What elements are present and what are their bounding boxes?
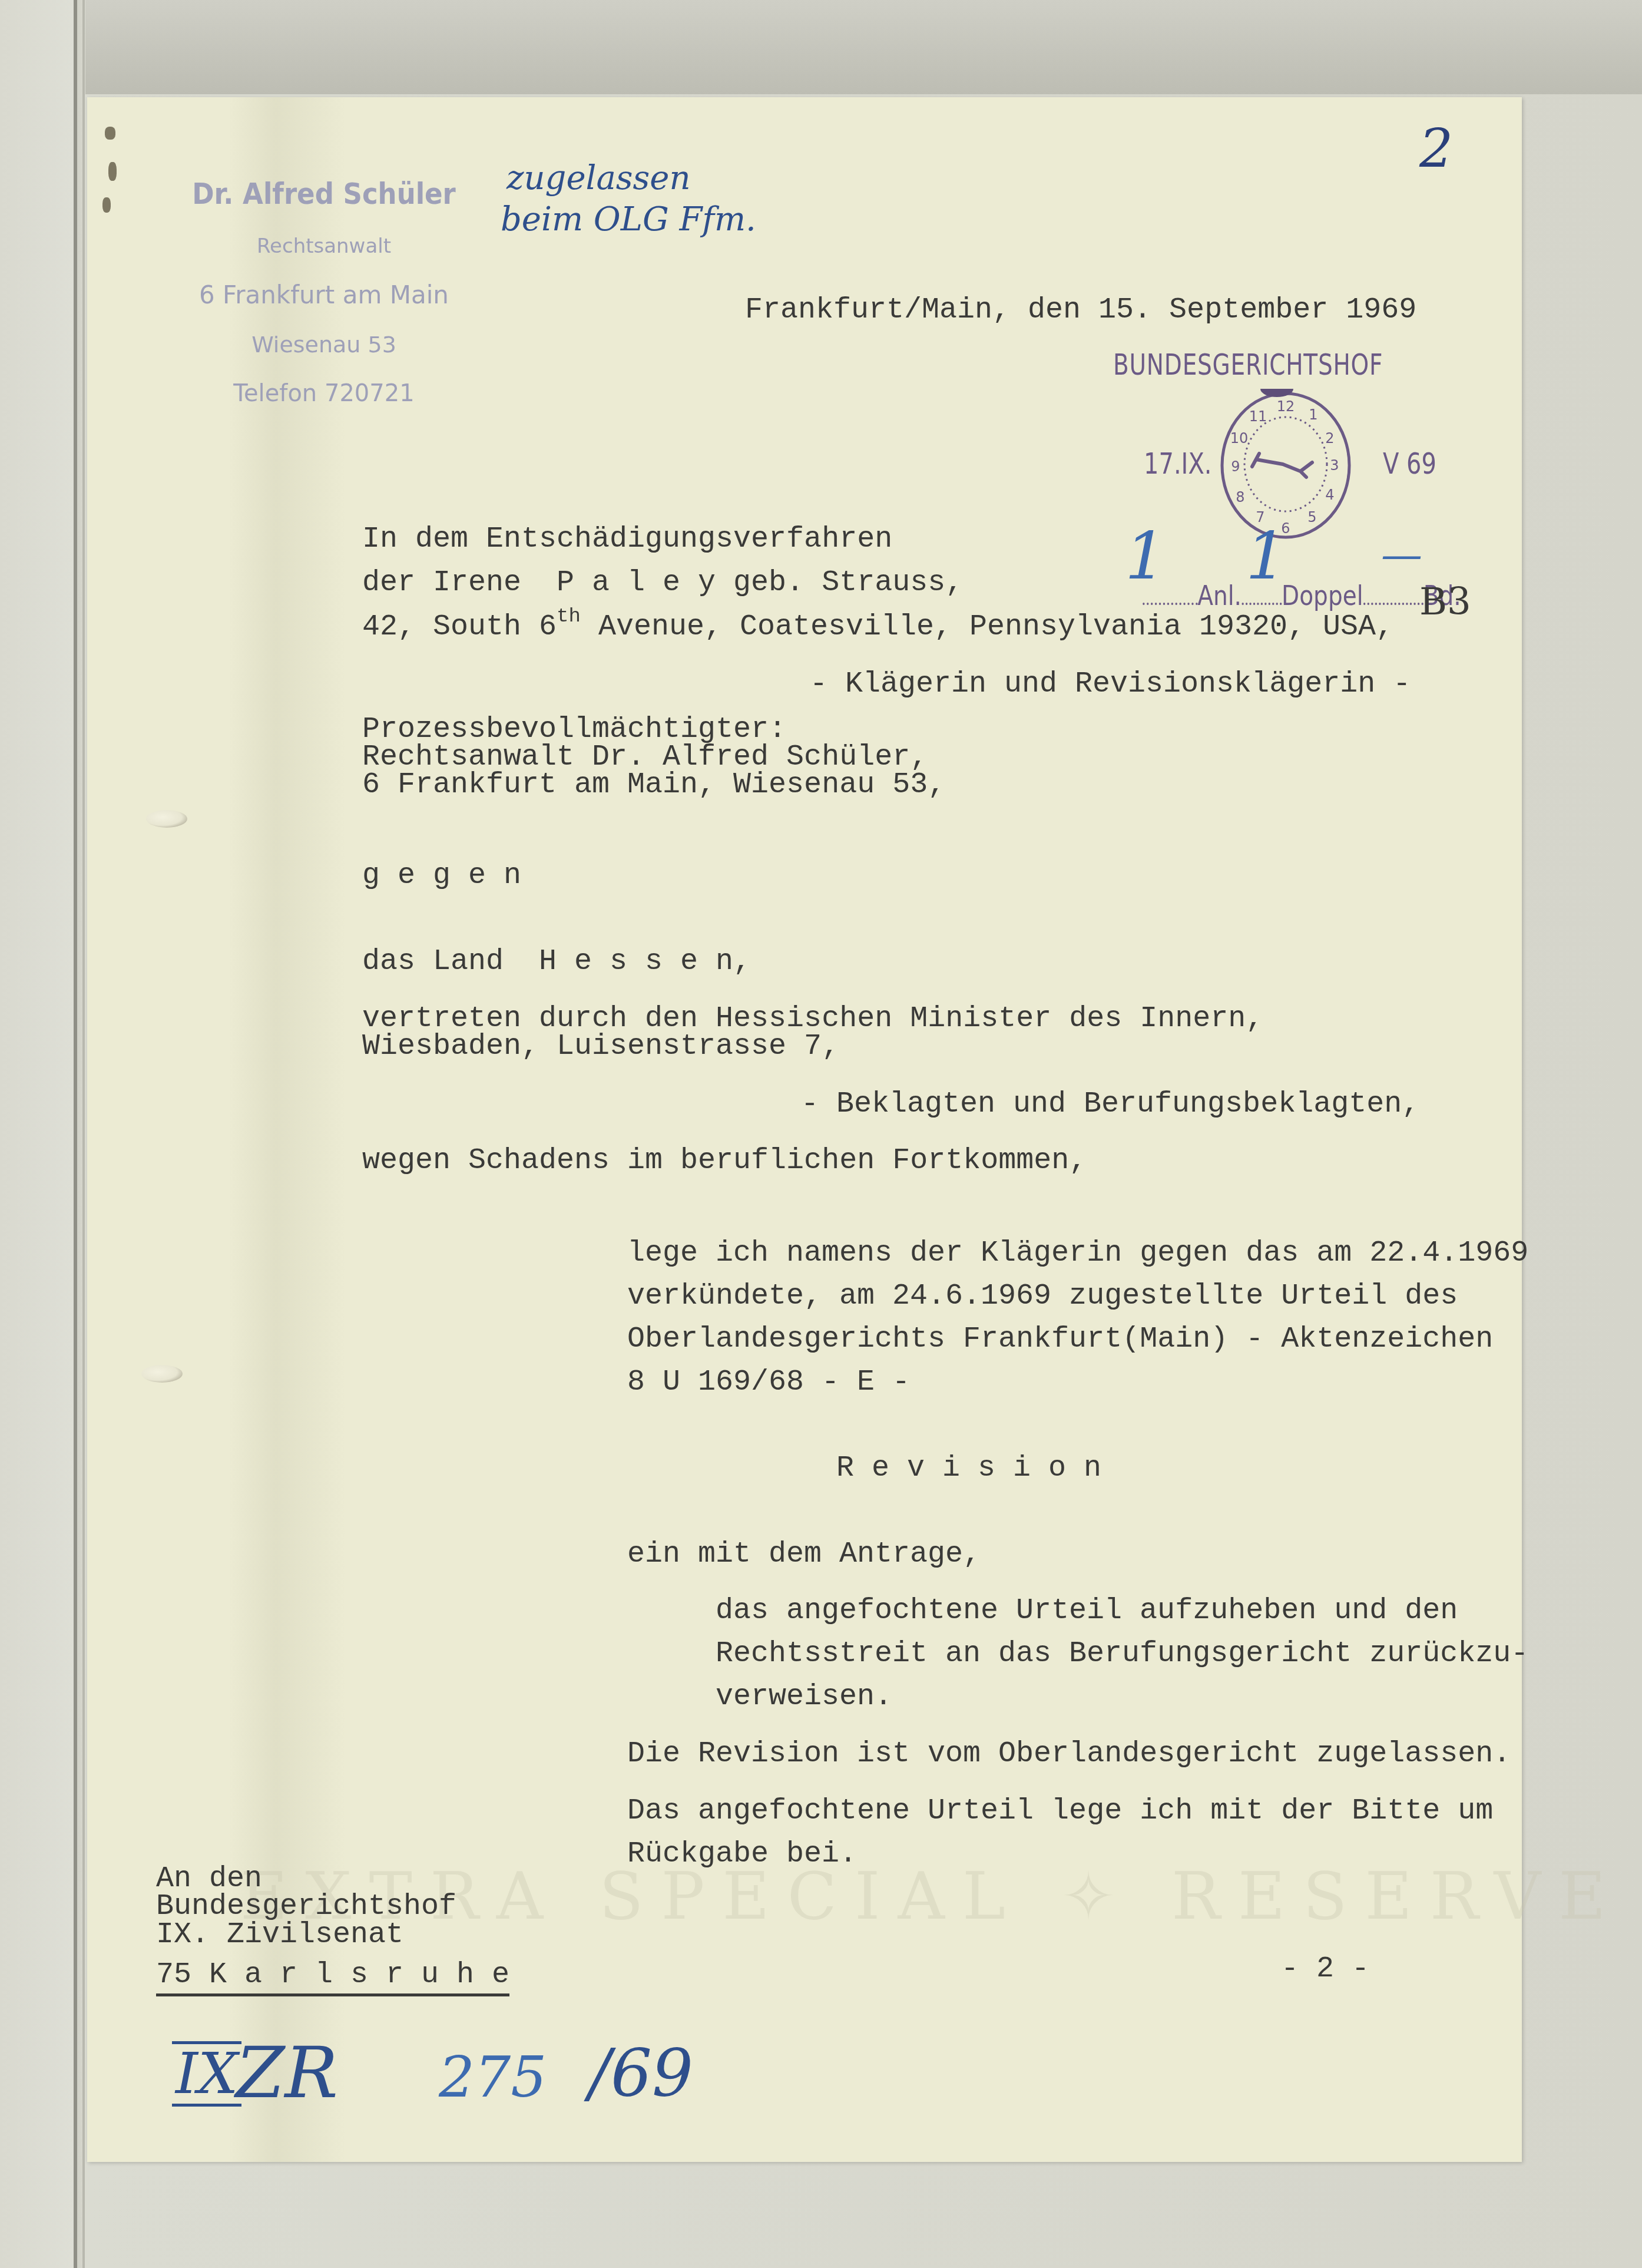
- date-line: Frankfurt/Main, den 15. September 1969: [745, 296, 1416, 325]
- handwritten-note-line2: beim OLG Ffm.: [501, 200, 756, 239]
- svg-text:10: 10: [1230, 430, 1249, 447]
- letterhead-city: 6 Frankfurt am Main: [171, 280, 477, 309]
- punch-hole: [146, 810, 187, 828]
- against-label: g e g e n: [362, 861, 521, 891]
- stamp-court-name: BUNDESGERICHTSHOF: [1113, 348, 1383, 382]
- body-p2: Die Revision ist vom Oberlandesgericht z…: [627, 1740, 1511, 1769]
- body-p1-line4: 8 U 169/68 - E -: [627, 1368, 910, 1397]
- address-pre: 42, South 6: [362, 610, 557, 644]
- handwritten-note-line1: zugelassen: [506, 159, 691, 197]
- staple-tear: [105, 127, 115, 140]
- svg-text:3: 3: [1330, 457, 1339, 474]
- handwritten-page-number: 2: [1419, 118, 1453, 180]
- stamp-year: V 69: [1383, 447, 1436, 481]
- body-p1-line1: lege ich namens der Klägerin gegen das a…: [627, 1239, 1528, 1268]
- recipient-city: 75 K a r l s r u h e: [156, 1960, 509, 1996]
- proceeding-intro: In dem Entschädigungsverfahren: [362, 525, 892, 554]
- recipient-line2: Bundesgerichtshof: [156, 1892, 456, 1922]
- address-post: Avenue, Coatesville, Pennsylvania 19320,…: [581, 610, 1393, 644]
- binder-edge: [74, 0, 77, 2268]
- stamp-label-doppel: Doppel: [1282, 580, 1363, 611]
- address-sup: th: [557, 606, 581, 628]
- staple-tear: [108, 162, 117, 181]
- binder-edge-inner: [82, 0, 85, 2268]
- stamp-date: 17.IX.: [1144, 447, 1212, 481]
- motion-intro: ein mit dem Antrage,: [627, 1540, 981, 1569]
- letterhead-phone: Telefon 720721: [171, 380, 477, 407]
- letterhead-name: Dr. Alfred Schüler: [186, 177, 462, 211]
- svg-text:8: 8: [1236, 489, 1244, 505]
- continuation-marker: - 2 -: [1281, 1955, 1369, 1984]
- file-ref-number: 275: [439, 2044, 547, 2110]
- punch-hole: [141, 1365, 183, 1383]
- stamp-bd-dash: —: [1381, 530, 1422, 578]
- file-ref-year: /69: [589, 2035, 693, 2111]
- svg-text:5: 5: [1307, 509, 1316, 525]
- defendant-role: - Beklagten und Berufungsbeklagten,: [801, 1090, 1419, 1119]
- motion-line1: das angefochtene Urteil aufzuheben und d…: [716, 1596, 1458, 1626]
- body-p1-line2: verkündete, am 24.6.1969 zugestellte Urt…: [627, 1282, 1458, 1311]
- body-p3-line1: Das angefochtene Urteil lege ich mit der…: [627, 1797, 1493, 1826]
- file-ref-type: ZR: [236, 2032, 338, 2114]
- motion-line2: Rechtsstreit an das Berufungsgericht zur…: [716, 1639, 1528, 1669]
- revision-heading: R e v i s i o n: [836, 1454, 1101, 1483]
- plaintiff-role: - Klägerin und Revisionsklägerin -: [810, 670, 1411, 699]
- dotted-field: [1363, 597, 1423, 605]
- stamp-doppel-count: 1: [1246, 518, 1287, 594]
- letterhead-street: Wiesenau 53: [171, 332, 477, 358]
- staple-tear: [102, 197, 111, 213]
- letterhead-stamp: Dr. Alfred Schüler Rechtsanwalt 6 Frankf…: [171, 154, 477, 418]
- court-receipt-stamp: BUNDESGERICHTSHOF 17.IX. 1212 345 678 91…: [1113, 348, 1525, 595]
- dotted-field: [1143, 597, 1198, 605]
- stamp-label-anl: Anl.: [1197, 580, 1242, 611]
- plaintiff-address: 42, South 6th Avenue, Coatesville, Penns…: [362, 613, 1393, 642]
- stamp-anl-count: 1: [1125, 518, 1166, 594]
- subject-line: wegen Schadens im beruflichen Fortkommen…: [362, 1146, 1087, 1176]
- svg-text:11: 11: [1249, 408, 1267, 425]
- plaintiff-name: der Irene P a l e y geb. Strauss,: [362, 568, 963, 598]
- handwritten-b3: B3: [1419, 580, 1471, 624]
- defendant-name: das Land H e s s e n,: [362, 947, 751, 977]
- svg-text:12: 12: [1277, 398, 1295, 415]
- svg-text:4: 4: [1325, 487, 1334, 503]
- letterhead-profession: Rechtsanwalt: [171, 234, 477, 258]
- underlying-sheet: [85, 0, 1642, 94]
- recipient-line3: IX. Zivilsenat: [156, 1920, 403, 1950]
- dotted-field: [1242, 597, 1282, 605]
- motion-line3: verweisen.: [716, 1682, 892, 1712]
- defendant-address: Wiesbaden, Luisenstrasse 7,: [362, 1032, 839, 1062]
- svg-text:1: 1: [1309, 406, 1317, 423]
- svg-text:9: 9: [1231, 458, 1240, 475]
- body-p3-line2: Rückgabe bei.: [627, 1840, 857, 1869]
- file-ref-senate: IX: [172, 2041, 241, 2107]
- counsel-address: 6 Frankfurt am Main, Wiesenau 53,: [362, 771, 945, 800]
- body-p1-line3: Oberlandesgerichts Frankfurt(Main) - Akt…: [627, 1325, 1493, 1354]
- svg-text:2: 2: [1325, 430, 1334, 447]
